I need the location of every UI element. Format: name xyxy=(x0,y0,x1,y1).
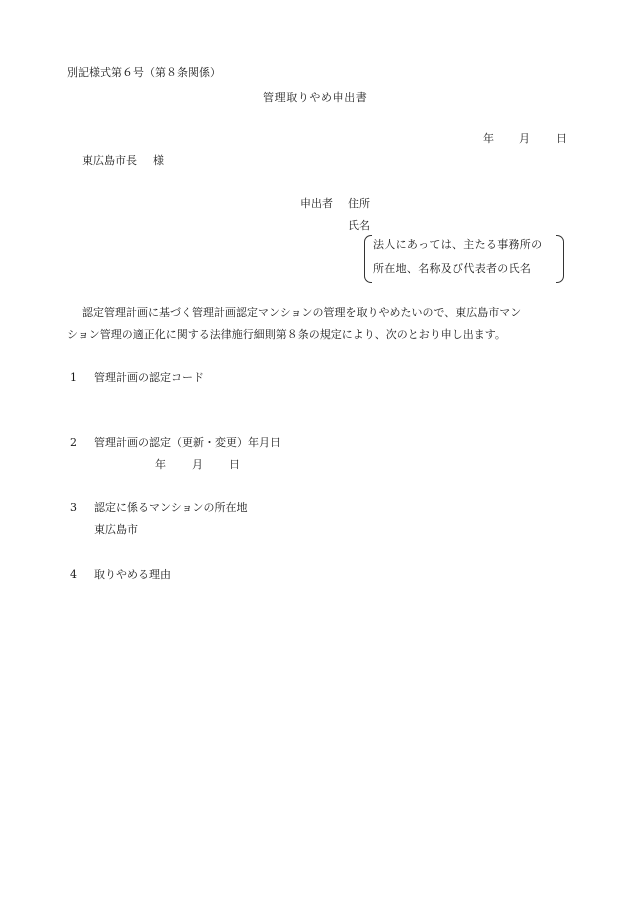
body-line-2: ション管理の適正化に関する法律施行細則第８条の規定により、次のとおり申し出ます。 xyxy=(67,328,506,342)
addressee-name: 東広島市長 xyxy=(82,154,137,168)
section-4-label: 取りやめる理由 xyxy=(94,568,171,582)
date-month-label: 月 xyxy=(519,132,530,146)
applicant-address-label: 住所 xyxy=(348,197,370,211)
section-1-number: 1 xyxy=(70,371,77,385)
document-page: 別記様式第６号（第８条関係） 管理取りやめ申出書 年 月 日 東広島市長 様 申… xyxy=(0,0,630,903)
date-day-label: 日 xyxy=(556,132,567,146)
corporate-note-line-1: 法人にあっては、主たる事務所の xyxy=(373,238,542,252)
date-year-label: 年 xyxy=(483,132,494,146)
body-line-1: 認定管理計画に基づく管理計画認定マンションの管理を取りやめたいので、東広島市マン xyxy=(82,306,521,320)
section-4-number: 4 xyxy=(70,568,77,582)
left-bracket xyxy=(364,235,372,283)
section-1-label: 管理計画の認定コード xyxy=(94,371,204,385)
document-title: 管理取りやめ申出書 xyxy=(263,91,367,105)
applicant-name-label: 氏名 xyxy=(348,219,370,233)
applicant-label: 申出者 xyxy=(300,197,333,211)
section-2-label: 管理計画の認定（更新・変更）年月日 xyxy=(94,436,281,450)
section-2-number: 2 xyxy=(70,436,77,450)
section-2-date-year: 年 xyxy=(155,458,166,472)
section-3-number: 3 xyxy=(70,501,77,515)
right-bracket xyxy=(556,235,564,283)
form-reference: 別記様式第６号（第８条関係） xyxy=(67,66,221,80)
section-3-value: 東広島市 xyxy=(94,523,138,537)
addressee-honorific: 様 xyxy=(153,154,164,168)
section-2-date-month: 月 xyxy=(192,458,203,472)
section-2-date-day: 日 xyxy=(229,458,240,472)
corporate-note-line-2: 所在地、名称及び代表者の氏名 xyxy=(373,262,531,276)
section-3-label: 認定に係るマンションの所在地 xyxy=(94,501,248,515)
corporate-note-bracket: 法人にあっては、主たる事務所の 所在地、名称及び代表者の氏名 xyxy=(364,235,564,283)
